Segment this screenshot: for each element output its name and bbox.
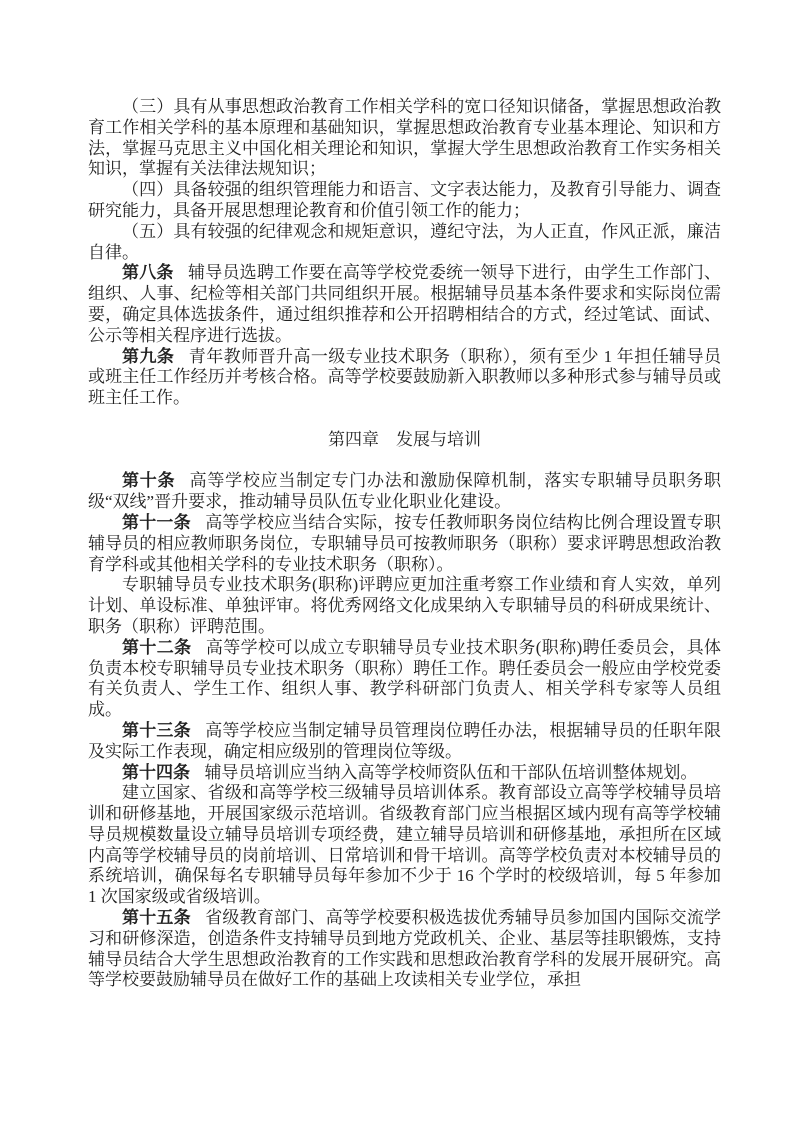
- article-number: 第十五条: [122, 908, 191, 927]
- article-number: 第十一条: [122, 513, 191, 532]
- article-paragraph: 第十四条辅导员培训应当纳入高等学校师资队伍和干部队伍培训整体规划。: [88, 763, 721, 784]
- article-number: 第十三条: [122, 721, 191, 740]
- paragraph-text: （四）具备较强的组织管理能力和语言、文字表达能力，及教育引导能力、调查研究能力，…: [88, 180, 721, 220]
- paragraph-text: 专职辅导员专业技术职务(职称)评聘应更加注重考察工作业绩和育人实效，单列计划、单…: [88, 575, 721, 636]
- article-number: 第十二条: [122, 638, 191, 657]
- article-paragraph: 第十三条高等学校应当制定辅导员管理岗位聘任办法，根据辅导员的任职年限及实际工作表…: [88, 721, 721, 763]
- article-paragraph: 第十条高等学校应当制定专门办法和激励保障机制，落实专职辅导员职务职级“双线”晋升…: [88, 471, 721, 513]
- article-paragraph: 第九条青年教师晋升高一级专业技术职务（职称），须有至少 1 年担任辅导员或班主任…: [88, 347, 721, 409]
- paragraph-text: 青年教师晋升高一级专业技术职务（职称），须有至少 1 年担任辅导员或班主任工作经…: [88, 347, 721, 408]
- article-number: 第十条: [122, 471, 175, 490]
- paragraph-text: 辅导员培训应当纳入高等学校师资队伍和干部队伍培训整体规划。: [204, 763, 697, 782]
- article-paragraph: 第十五条省级教育部门、高等学校要积极选拔优秀辅导员参加国内国际交流学习和研修深造…: [88, 908, 721, 991]
- article-paragraph: 第八条辅导员选聘工作要在高等学校党委统一领导下进行，由学生工作部门、组织、人事、…: [88, 263, 721, 346]
- paragraph-text: 高等学校应当制定专门办法和激励保障机制，落实专职辅导员职务职级“双线”晋升要求，…: [88, 471, 721, 511]
- document-page: （三）具有从事思想政治教育工作相关学科的宽口径知识储备，掌握思想政治教育工作相关…: [0, 0, 793, 1122]
- article-number: 第八条: [122, 263, 174, 282]
- body-paragraph: （三）具有从事思想政治教育工作相关学科的宽口径知识储备，掌握思想政治教育工作相关…: [88, 97, 721, 180]
- body-paragraph: 专职辅导员专业技术职务(职称)评聘应更加注重考察工作业绩和育人实效，单列计划、单…: [88, 575, 721, 637]
- paragraph-text: 辅导员选聘工作要在高等学校党委统一领导下进行，由学生工作部门、组织、人事、纪检等…: [88, 263, 721, 344]
- paragraph-text: （五）具有较强的纪律观念和规矩意识，遵纪守法，为人正直，作风正派，廉洁自律。: [88, 222, 721, 262]
- article-paragraph: 第十一条高等学校应当结合实际，按专任教师职务岗位结构比例合理设置专职辅导员的相应…: [88, 513, 721, 575]
- paragraph-text: 建立国家、省级和高等学校三级辅导员培训体系。教育部设立高等学校辅导员培训和研修基…: [88, 783, 721, 906]
- body-paragraph: 建立国家、省级和高等学校三级辅导员培训体系。教育部设立高等学校辅导员培训和研修基…: [88, 783, 721, 908]
- body-paragraph: （四）具备较强的组织管理能力和语言、文字表达能力，及教育引导能力、调查研究能力，…: [88, 180, 721, 222]
- paragraph-text: （三）具有从事思想政治教育工作相关学科的宽口径知识储备，掌握思想政治教育工作相关…: [88, 97, 721, 178]
- article-number: 第九条: [122, 347, 174, 366]
- article-number: 第十四条: [122, 763, 190, 782]
- chapter-heading: 第四章 发展与培训: [88, 430, 721, 451]
- body-paragraph: （五）具有较强的纪律观念和规矩意识，遵纪守法，为人正直，作风正派，廉洁自律。: [88, 222, 721, 264]
- article-paragraph: 第十二条高等学校可以成立专职辅导员专业技术职务(职称)聘任委员会，具体负责本校专…: [88, 638, 721, 721]
- document-body: （三）具有从事思想政治教育工作相关学科的宽口径知识储备，掌握思想政治教育工作相关…: [88, 97, 721, 991]
